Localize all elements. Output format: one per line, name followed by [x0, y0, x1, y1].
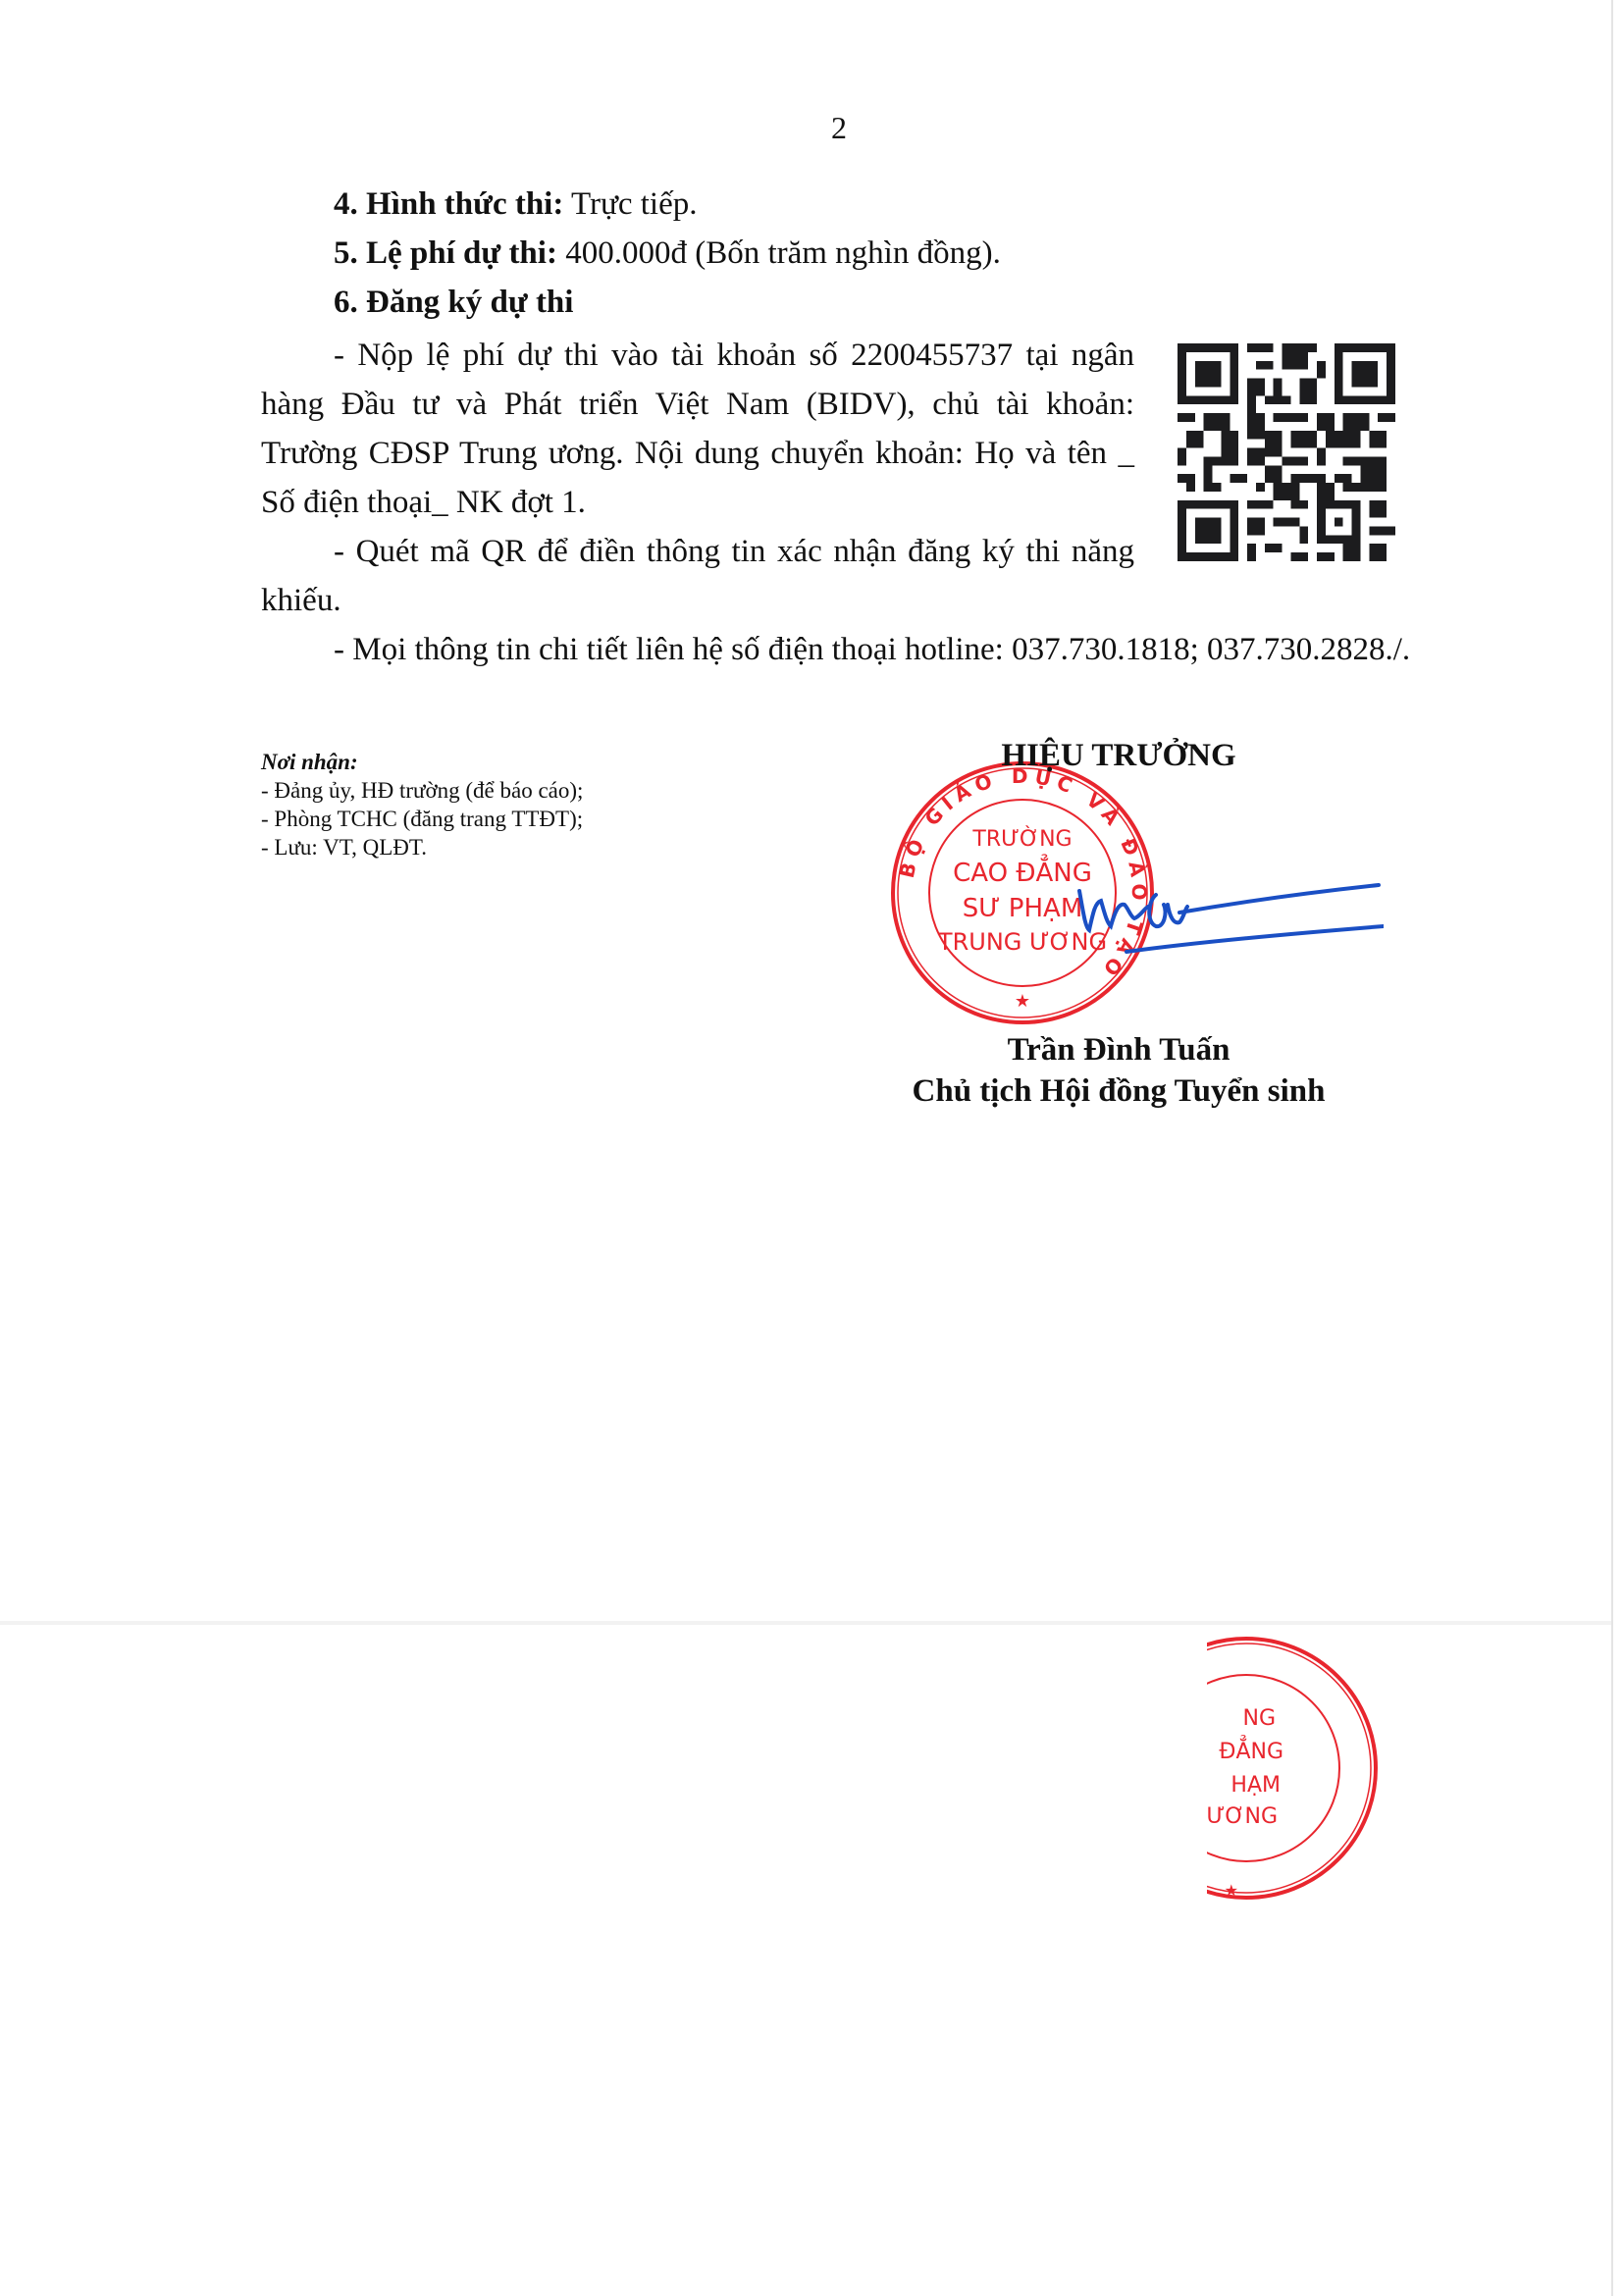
partial-seal-line: ƯƠNG: [1207, 1804, 1278, 1829]
recipients-block: Nơi nhận: - Đảng ủy, HĐ trường (để báo c…: [261, 748, 583, 861]
qr-code-icon[interactable]: [1178, 343, 1395, 561]
item-5-label: 5. Lệ phí dự thi:: [334, 235, 557, 271]
item-5-exam-fee: 5. Lệ phí dự thi: 400.000đ (Bốn trăm ngh…: [334, 235, 1001, 272]
page-number: 2: [0, 110, 1623, 146]
svg-text:★: ★: [1015, 991, 1030, 1012]
handwritten-signature: [1050, 844, 1384, 962]
item-5-value: 400.000đ (Bốn trăm nghìn đồng).: [557, 235, 1001, 271]
payment-instruction: - Nộp lệ phí dự thi vào tài khoản số 220…: [261, 331, 1134, 527]
signature-position: HIỆU TRƯỞNG: [883, 738, 1354, 774]
partial-seal-line: HẠM: [1230, 1773, 1281, 1798]
qr-instruction: - Quét mã QR để điền thông tin xác nhận …: [261, 527, 1134, 625]
hotline-info: - Mọi thông tin chi tiết liên hệ số điện…: [261, 625, 1421, 674]
recipient-item: - Phòng TCHC (đăng trang TTĐT);: [261, 805, 583, 833]
partial-seal-line: NG: [1242, 1706, 1276, 1731]
item-4-value: Trực tiếp.: [563, 186, 697, 222]
partial-seal-line: ĐẲNG: [1219, 1736, 1283, 1764]
page-edge-right: [1611, 0, 1613, 2296]
item-6-label: 6. Đăng ký dự thi: [334, 285, 573, 320]
signer-name: Trần Đình Tuấn: [883, 1032, 1354, 1069]
signer-role: Chủ tịch Hội đồng Tuyển sinh: [883, 1073, 1354, 1110]
hotline-text: - Mọi thông tin chi tiết liên hệ số điện…: [334, 632, 1410, 667]
qr-instruction-text: - Quét mã QR để điền thông tin xác nhận …: [261, 534, 1134, 618]
payment-text: - Nộp lệ phí dự thi vào tài khoản số 220…: [261, 338, 1134, 520]
item-4-label: 4. Hình thức thi:: [334, 186, 563, 222]
recipient-item: - Đảng ủy, HĐ trường (để báo cáo);: [261, 776, 583, 805]
recipient-item: - Lưu: VT, QLĐT.: [261, 833, 583, 861]
recipients-title: Nơi nhận:: [261, 748, 583, 776]
partial-seal-icon: NG ĐẲNG HẠM ƯƠNG ★: [1128, 1619, 1384, 1913]
item-6-registration: 6. Đăng ký dự thi: [334, 285, 573, 321]
item-4-exam-format: 4. Hình thức thi: Trực tiếp.: [334, 186, 698, 223]
svg-text:★: ★: [1225, 1881, 1238, 1900]
